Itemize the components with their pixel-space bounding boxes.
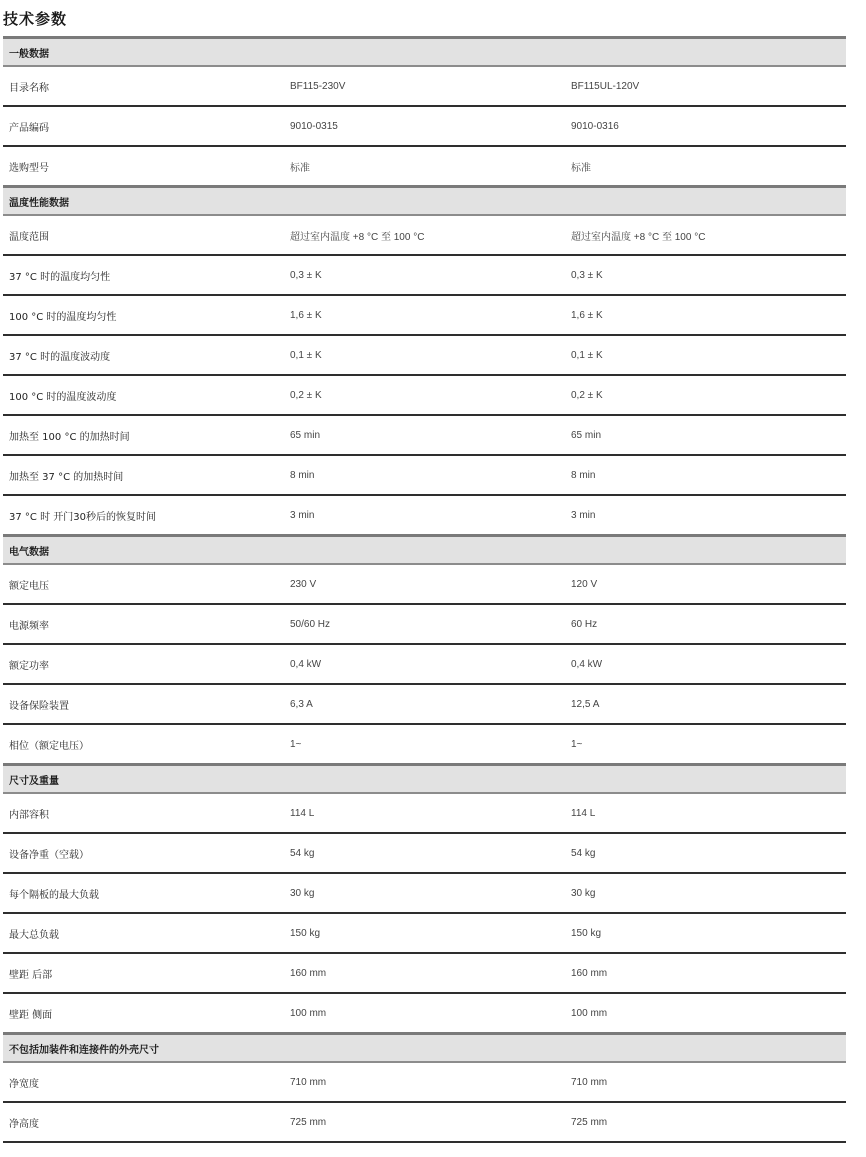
value-230v: 1~ (284, 724, 565, 765)
value-230v: 标准 (284, 146, 565, 187)
table-row: 壁距 后部160 mm160 mm (3, 953, 846, 993)
table-row: 净高度725 mm725 mm (3, 1102, 846, 1142)
row-label: 每个隔板的最大负载 (3, 873, 284, 913)
row-label: 设备保险装置 (3, 684, 284, 724)
value-120v: 标准 (565, 146, 846, 187)
page-title: 技术参数 (3, 0, 846, 36)
row-label: 设备净重（空载） (3, 833, 284, 873)
row-label: 温度范围 (3, 215, 284, 255)
value-230v: 160 mm (284, 953, 565, 993)
section-heading: 尺寸及重量 (3, 765, 846, 794)
value-230v: 725 mm (284, 1102, 565, 1142)
row-label: 最大总负载 (3, 913, 284, 953)
value-120v: 54 kg (565, 833, 846, 873)
section-header: 不包括加装件和连接件的外壳尺寸 (3, 1034, 846, 1063)
table-row: 每个隔板的最大负载30 kg30 kg (3, 873, 846, 913)
row-label: 电源频率 (3, 604, 284, 644)
value-120v: 100 mm (565, 993, 846, 1034)
row-label: 37 °C 时的温度均匀性 (3, 255, 284, 295)
row-label: 100 °C 时的温度波动度 (3, 375, 284, 415)
table-row: 加热至 37 °C 的加热时间8 min8 min (3, 455, 846, 495)
section-heading: 一般数据 (3, 38, 846, 67)
value-120v: 12,5 A (565, 684, 846, 724)
table-row: 37 °C 时的温度波动度0,1 ± K0,1 ± K (3, 335, 846, 375)
table-row: 产品编码9010-03159010-0316 (3, 106, 846, 146)
value-120v: 65 min (565, 415, 846, 455)
row-label: 100 °C 时的温度均匀性 (3, 295, 284, 335)
row-label: 产品编码 (3, 106, 284, 146)
row-label: 壁距 侧面 (3, 993, 284, 1034)
value-230v: BF115-230V (284, 66, 565, 106)
table-row: 37 °C 时的温度均匀性0,3 ± K0,3 ± K (3, 255, 846, 295)
table-row: 净宽度710 mm710 mm (3, 1062, 846, 1102)
row-label: 壁距 后部 (3, 953, 284, 993)
spec-table: 一般数据目录名称BF115-230VBF115UL-120V产品编码9010-0… (3, 36, 846, 1143)
table-row: 加热至 100 °C 的加热时间65 min65 min (3, 415, 846, 455)
section-header: 一般数据 (3, 38, 846, 67)
row-label: 净高度 (3, 1102, 284, 1142)
table-row: 37 °C 时 开门30秒后的恢复时间3 min3 min (3, 495, 846, 536)
table-row: 电源频率50/60 Hz60 Hz (3, 604, 846, 644)
value-230v: 50/60 Hz (284, 604, 565, 644)
table-row: 额定电压230 V120 V (3, 564, 846, 604)
value-230v: 1,6 ± K (284, 295, 565, 335)
value-230v: 0,1 ± K (284, 335, 565, 375)
value-120v: 0,4 kW (565, 644, 846, 684)
table-row: 设备保险装置6,3 A12,5 A (3, 684, 846, 724)
value-120v: 1,6 ± K (565, 295, 846, 335)
section-heading: 不包括加装件和连接件的外壳尺寸 (3, 1034, 846, 1063)
value-230v: 0,4 kW (284, 644, 565, 684)
value-230v: 6,3 A (284, 684, 565, 724)
row-label: 净宽度 (3, 1062, 284, 1102)
row-label: 加热至 100 °C 的加热时间 (3, 415, 284, 455)
table-row: 相位（额定电压）1~1~ (3, 724, 846, 765)
value-120v: 0,1 ± K (565, 335, 846, 375)
row-label: 37 °C 时的温度波动度 (3, 335, 284, 375)
section-heading: 电气数据 (3, 536, 846, 565)
row-label: 相位（额定电压） (3, 724, 284, 765)
table-row: 最大总负载150 kg150 kg (3, 913, 846, 953)
table-row: 目录名称BF115-230VBF115UL-120V (3, 66, 846, 106)
table-row: 壁距 侧面100 mm100 mm (3, 993, 846, 1034)
value-120v: 60 Hz (565, 604, 846, 644)
value-120v: 1~ (565, 724, 846, 765)
value-230v: 150 kg (284, 913, 565, 953)
value-230v: 30 kg (284, 873, 565, 913)
value-230v: 3 min (284, 495, 565, 536)
row-label: 目录名称 (3, 66, 284, 106)
value-230v: 710 mm (284, 1062, 565, 1102)
value-120v: 超过室内温度 +8 °C 至 100 °C (565, 215, 846, 255)
section-header: 温度性能数据 (3, 187, 846, 216)
section-heading: 温度性能数据 (3, 187, 846, 216)
table-row: 100 °C 时的温度均匀性1,6 ± K1,6 ± K (3, 295, 846, 335)
section-header: 电气数据 (3, 536, 846, 565)
section-header: 尺寸及重量 (3, 765, 846, 794)
row-label: 额定功率 (3, 644, 284, 684)
value-230v: 100 mm (284, 993, 565, 1034)
spec-page: 技术参数 一般数据目录名称BF115-230VBF115UL-120V产品编码9… (0, 0, 846, 1143)
value-120v: 120 V (565, 564, 846, 604)
row-label: 加热至 37 °C 的加热时间 (3, 455, 284, 495)
table-row: 设备净重（空载）54 kg54 kg (3, 833, 846, 873)
table-row: 额定功率0,4 kW0,4 kW (3, 644, 846, 684)
table-row: 温度范围超过室内温度 +8 °C 至 100 °C超过室内温度 +8 °C 至 … (3, 215, 846, 255)
value-120v: 30 kg (565, 873, 846, 913)
value-120v: 8 min (565, 455, 846, 495)
value-230v: 114 L (284, 793, 565, 833)
value-230v: 54 kg (284, 833, 565, 873)
value-120v: 114 L (565, 793, 846, 833)
value-120v: 160 mm (565, 953, 846, 993)
value-120v: 0,2 ± K (565, 375, 846, 415)
row-label: 内部容积 (3, 793, 284, 833)
row-label: 额定电压 (3, 564, 284, 604)
row-label: 选购型号 (3, 146, 284, 187)
value-120v: 0,3 ± K (565, 255, 846, 295)
value-230v: 230 V (284, 564, 565, 604)
value-230v: 9010-0315 (284, 106, 565, 146)
table-row: 100 °C 时的温度波动度0,2 ± K0,2 ± K (3, 375, 846, 415)
value-120v: 3 min (565, 495, 846, 536)
value-120v: 710 mm (565, 1062, 846, 1102)
value-230v: 65 min (284, 415, 565, 455)
value-230v: 超过室内温度 +8 °C 至 100 °C (284, 215, 565, 255)
table-row: 选购型号标准标准 (3, 146, 846, 187)
value-120v: 9010-0316 (565, 106, 846, 146)
table-row: 内部容积114 L114 L (3, 793, 846, 833)
value-230v: 8 min (284, 455, 565, 495)
value-230v: 0,2 ± K (284, 375, 565, 415)
value-120v: BF115UL-120V (565, 66, 846, 106)
value-120v: 725 mm (565, 1102, 846, 1142)
row-label: 37 °C 时 开门30秒后的恢复时间 (3, 495, 284, 536)
value-230v: 0,3 ± K (284, 255, 565, 295)
value-120v: 150 kg (565, 913, 846, 953)
